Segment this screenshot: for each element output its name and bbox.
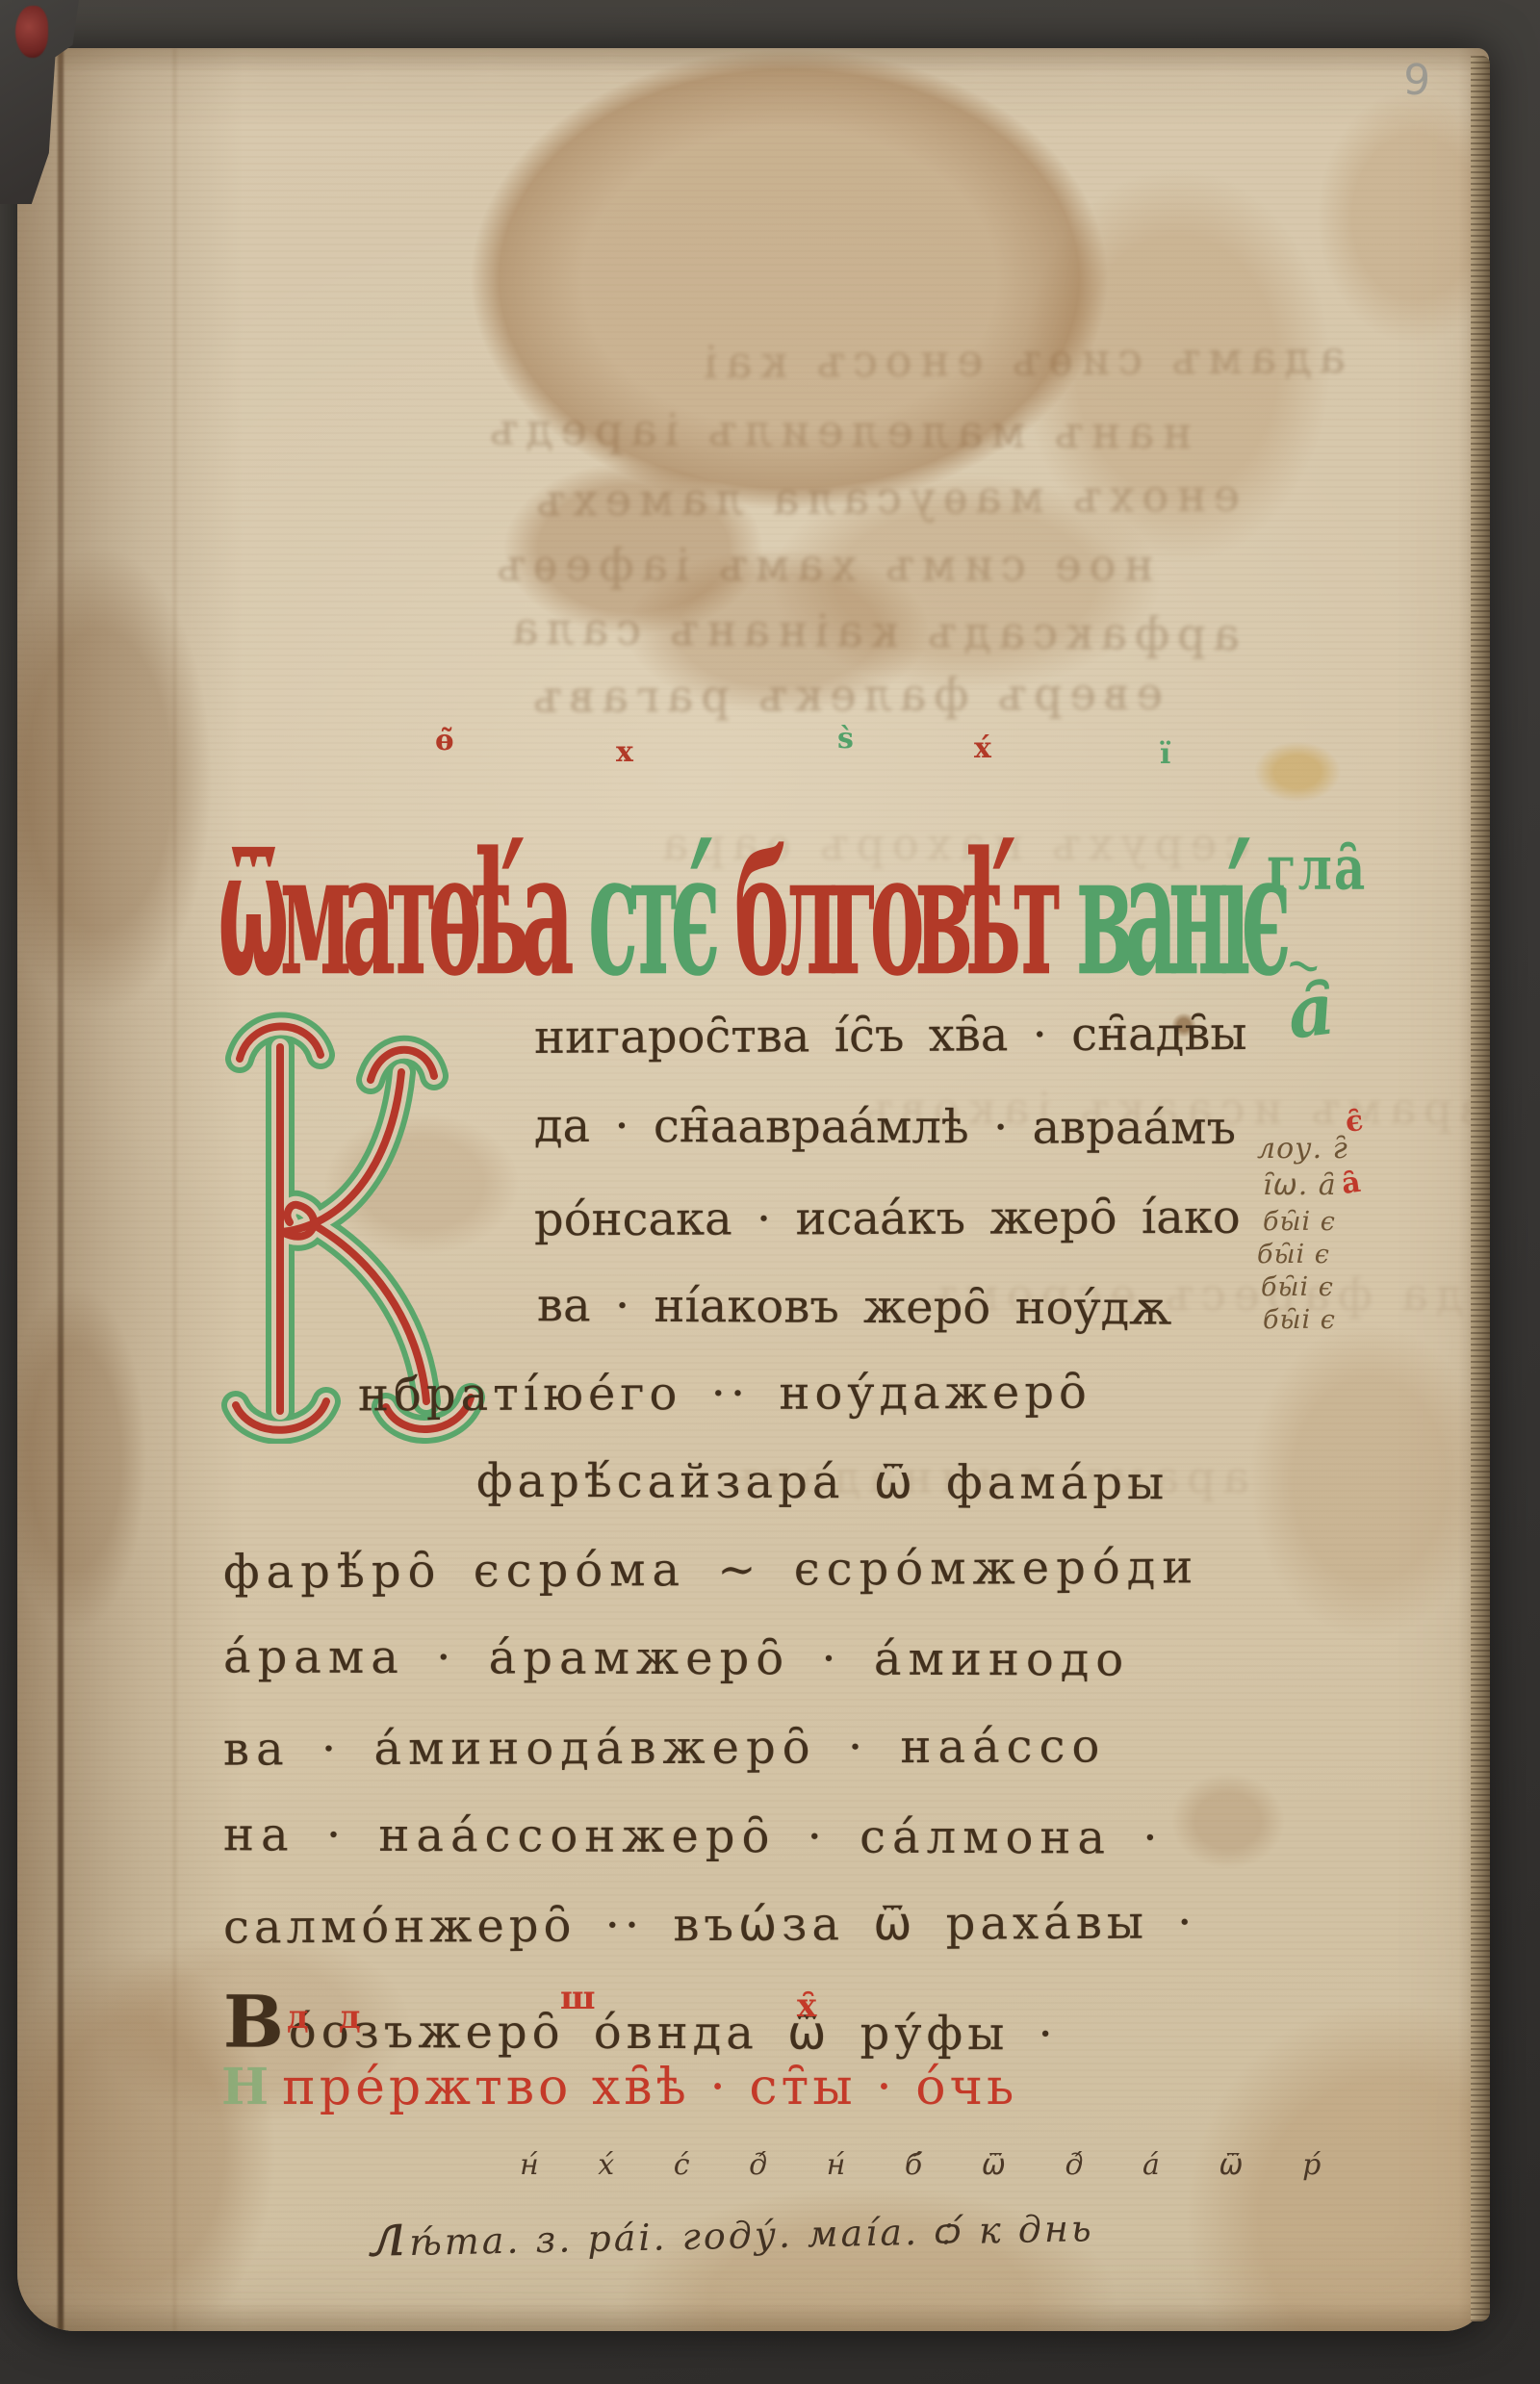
title-segment: вані́є <box>1076 832 1281 1001</box>
rubric-superscript: ш <box>560 1979 596 2017</box>
title-superscript: ї <box>1160 737 1170 771</box>
page-title: ѿматѳѣ́а стє́ блговѣ́т вані́є <box>218 787 1282 1001</box>
text-line: да · сн̑аавраа́млѣ · авраа́мъ <box>534 1099 1236 1156</box>
title-segment: блговѣ́т <box>734 832 1054 1001</box>
rubric-line: Нпре́ржтво хв̑ѣ · ст̑ы · о́чь <box>221 2058 1017 2116</box>
title-segment: стє́ <box>588 832 711 1001</box>
title-superscript: ѕ̀ <box>837 722 854 756</box>
margin-reference: лоу. г̑ <box>1257 1132 1348 1166</box>
margin-reference: бы̑і є <box>1261 1272 1334 1302</box>
binding-headband <box>15 6 48 58</box>
chapter-numeral: а̑ <box>1283 967 1339 1055</box>
page-stack-edge <box>1471 56 1490 2321</box>
rubric-text: пре́ржтво хв̑ѣ · ст̑ы · о́чь <box>282 2059 1017 2116</box>
rubric-superscript: х̑ <box>797 1987 816 2025</box>
title-superscript: х́ <box>974 731 991 765</box>
margin-reference: бы̑і є <box>1263 1305 1336 1335</box>
text-line: салмо́нжеро̑ ·· въѡ́за ѿ раха́вы · <box>223 1895 1197 1954</box>
text-line: ва · ні́аковъ жеро̑ ноу́дѫ <box>537 1278 1172 1335</box>
rubric-initial: Н <box>221 2058 272 2116</box>
folio-number: 9 <box>1402 55 1432 105</box>
title-segment: ѿматѳѣ́а <box>218 832 565 1001</box>
title-superscript: ѳ̃ <box>435 724 454 757</box>
rubric-superscript: д <box>339 1998 361 2037</box>
text-line: нигарос̑тва і́с̑ъ хв̑а · сн̑адв̑ы <box>534 1007 1247 1064</box>
margin-reference: і̑ѡ. а̑ <box>1263 1168 1337 1202</box>
text-line: нбраті́юе́го ·· ноу́дажеро̑ <box>358 1366 1091 1423</box>
margin-reference: бы̑і є <box>1257 1240 1330 1269</box>
gutter-crease <box>58 48 64 2331</box>
photo-backdrop: адамъ сиѳъ еносъ каі нанъ малелеилъ іаре… <box>0 0 1540 2384</box>
margin-reference: бы̑і є <box>1263 1207 1336 1237</box>
text-line: фарѣ́сайзара́ ѿ фама́ры <box>476 1454 1168 1511</box>
cryptogram-line: н́ х́ с́ д́ н́ б́ ѿ д́ а́ ѿ р́ <box>520 2148 1346 2182</box>
rubric-superscript: д <box>287 1998 309 2037</box>
text-line: на · наа́ссонжеро̑ · са́лмона · <box>223 1807 1165 1864</box>
page-edge-shade-top <box>17 48 1489 73</box>
text-line: а́рама · а́рамжеро̑ · а́минодо <box>223 1629 1130 1686</box>
chapter-label: гла̑ <box>1267 833 1367 904</box>
fold-crease <box>173 48 176 2331</box>
page-edge-shade-bottom <box>17 2302 1489 2331</box>
text-line: ва · а́минода́вжеро̑ · наа́ссо <box>223 1719 1106 1776</box>
text-line: ро́нсака · исаа́къ жеро̑ і́ако <box>534 1191 1241 1247</box>
text-line: фарѣ́ро̑ єсро́ма ~ єсро́мжеро́ди <box>223 1540 1200 1599</box>
title-superscript: х <box>616 735 633 769</box>
